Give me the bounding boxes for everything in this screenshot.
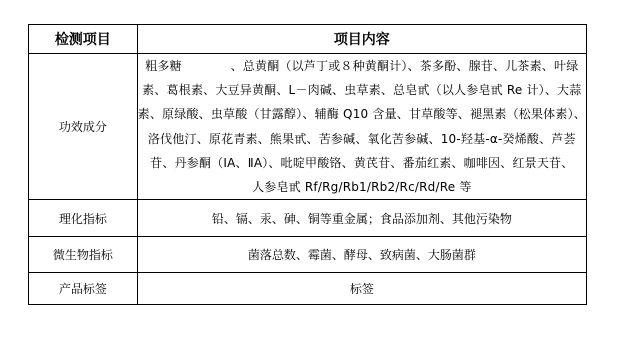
row-item-content: 菌落总数、霉菌、酵母、致病菌、大肠菌群: [137, 237, 586, 273]
table-row-product-label: 产品标签 标签: [29, 273, 587, 305]
content-line: 苷、丹参酮（ⅠA、ⅡA）、吡啶甲酸铬、黄芪苷、番茄红素、咖啡因、红景天苷、: [138, 151, 586, 175]
row-item-content: 标签: [137, 273, 586, 305]
content-line: 洛伐他汀、原花青素、熊果甙、苦参碱、氧化苦参碱、10-羟基-α-癸烯酸、芦荟: [138, 127, 586, 151]
row-item-label: 产品标签: [29, 273, 138, 305]
content-line: 人参皂甙 Rf/Rg/Rb1/Rb2/Rc/Rd/Re 等: [138, 175, 586, 199]
content-line: 粗多糖 、总黄酮（以芦丁或８种黄酮计）、茶多酚、腺苷、儿茶素、叶绿: [138, 54, 586, 78]
table-row-microbial: 微生物指标 菌落总数、霉菌、酵母、致病菌、大肠菌群: [29, 237, 587, 273]
row-item-label: 功效成分: [29, 54, 138, 200]
table-row-physicochemical: 理化指标 铅、镉、汞、砷、铜等重金属；食品添加剂、其他污染物: [29, 200, 587, 237]
table-header-row: 检测项目 项目内容: [29, 25, 587, 54]
row-item-content: 铅、镉、汞、砷、铜等重金属；食品添加剂、其他污染物: [137, 200, 586, 237]
row-item-content: 粗多糖 、总黄酮（以芦丁或８种黄酮计）、茶多酚、腺苷、儿茶素、叶绿 素、葛根素、…: [137, 54, 586, 200]
header-item-content: 项目内容: [137, 25, 586, 54]
content-line: 素、葛根素、大豆异黄酮、L－肉碱、虫草素、总皂甙（以人参皂甙 Re 计）、大蒜: [138, 78, 586, 102]
test-items-table: 检测项目 项目内容 功效成分 粗多糖 、总黄酮（以芦丁或８种黄酮计）、茶多酚、腺…: [28, 24, 587, 305]
row-item-label: 理化指标: [29, 200, 138, 237]
row-item-label: 微生物指标: [29, 237, 138, 273]
header-test-item: 检测项目: [29, 25, 138, 54]
content-line: 素、原绿酸、虫草酸（甘露醇）、辅酶 Q10 含量、甘草酸等、褪黑素（松果体素）、: [138, 102, 586, 126]
table-row-efficacy: 功效成分 粗多糖 、总黄酮（以芦丁或８种黄酮计）、茶多酚、腺苷、儿茶素、叶绿 素…: [29, 54, 587, 200]
